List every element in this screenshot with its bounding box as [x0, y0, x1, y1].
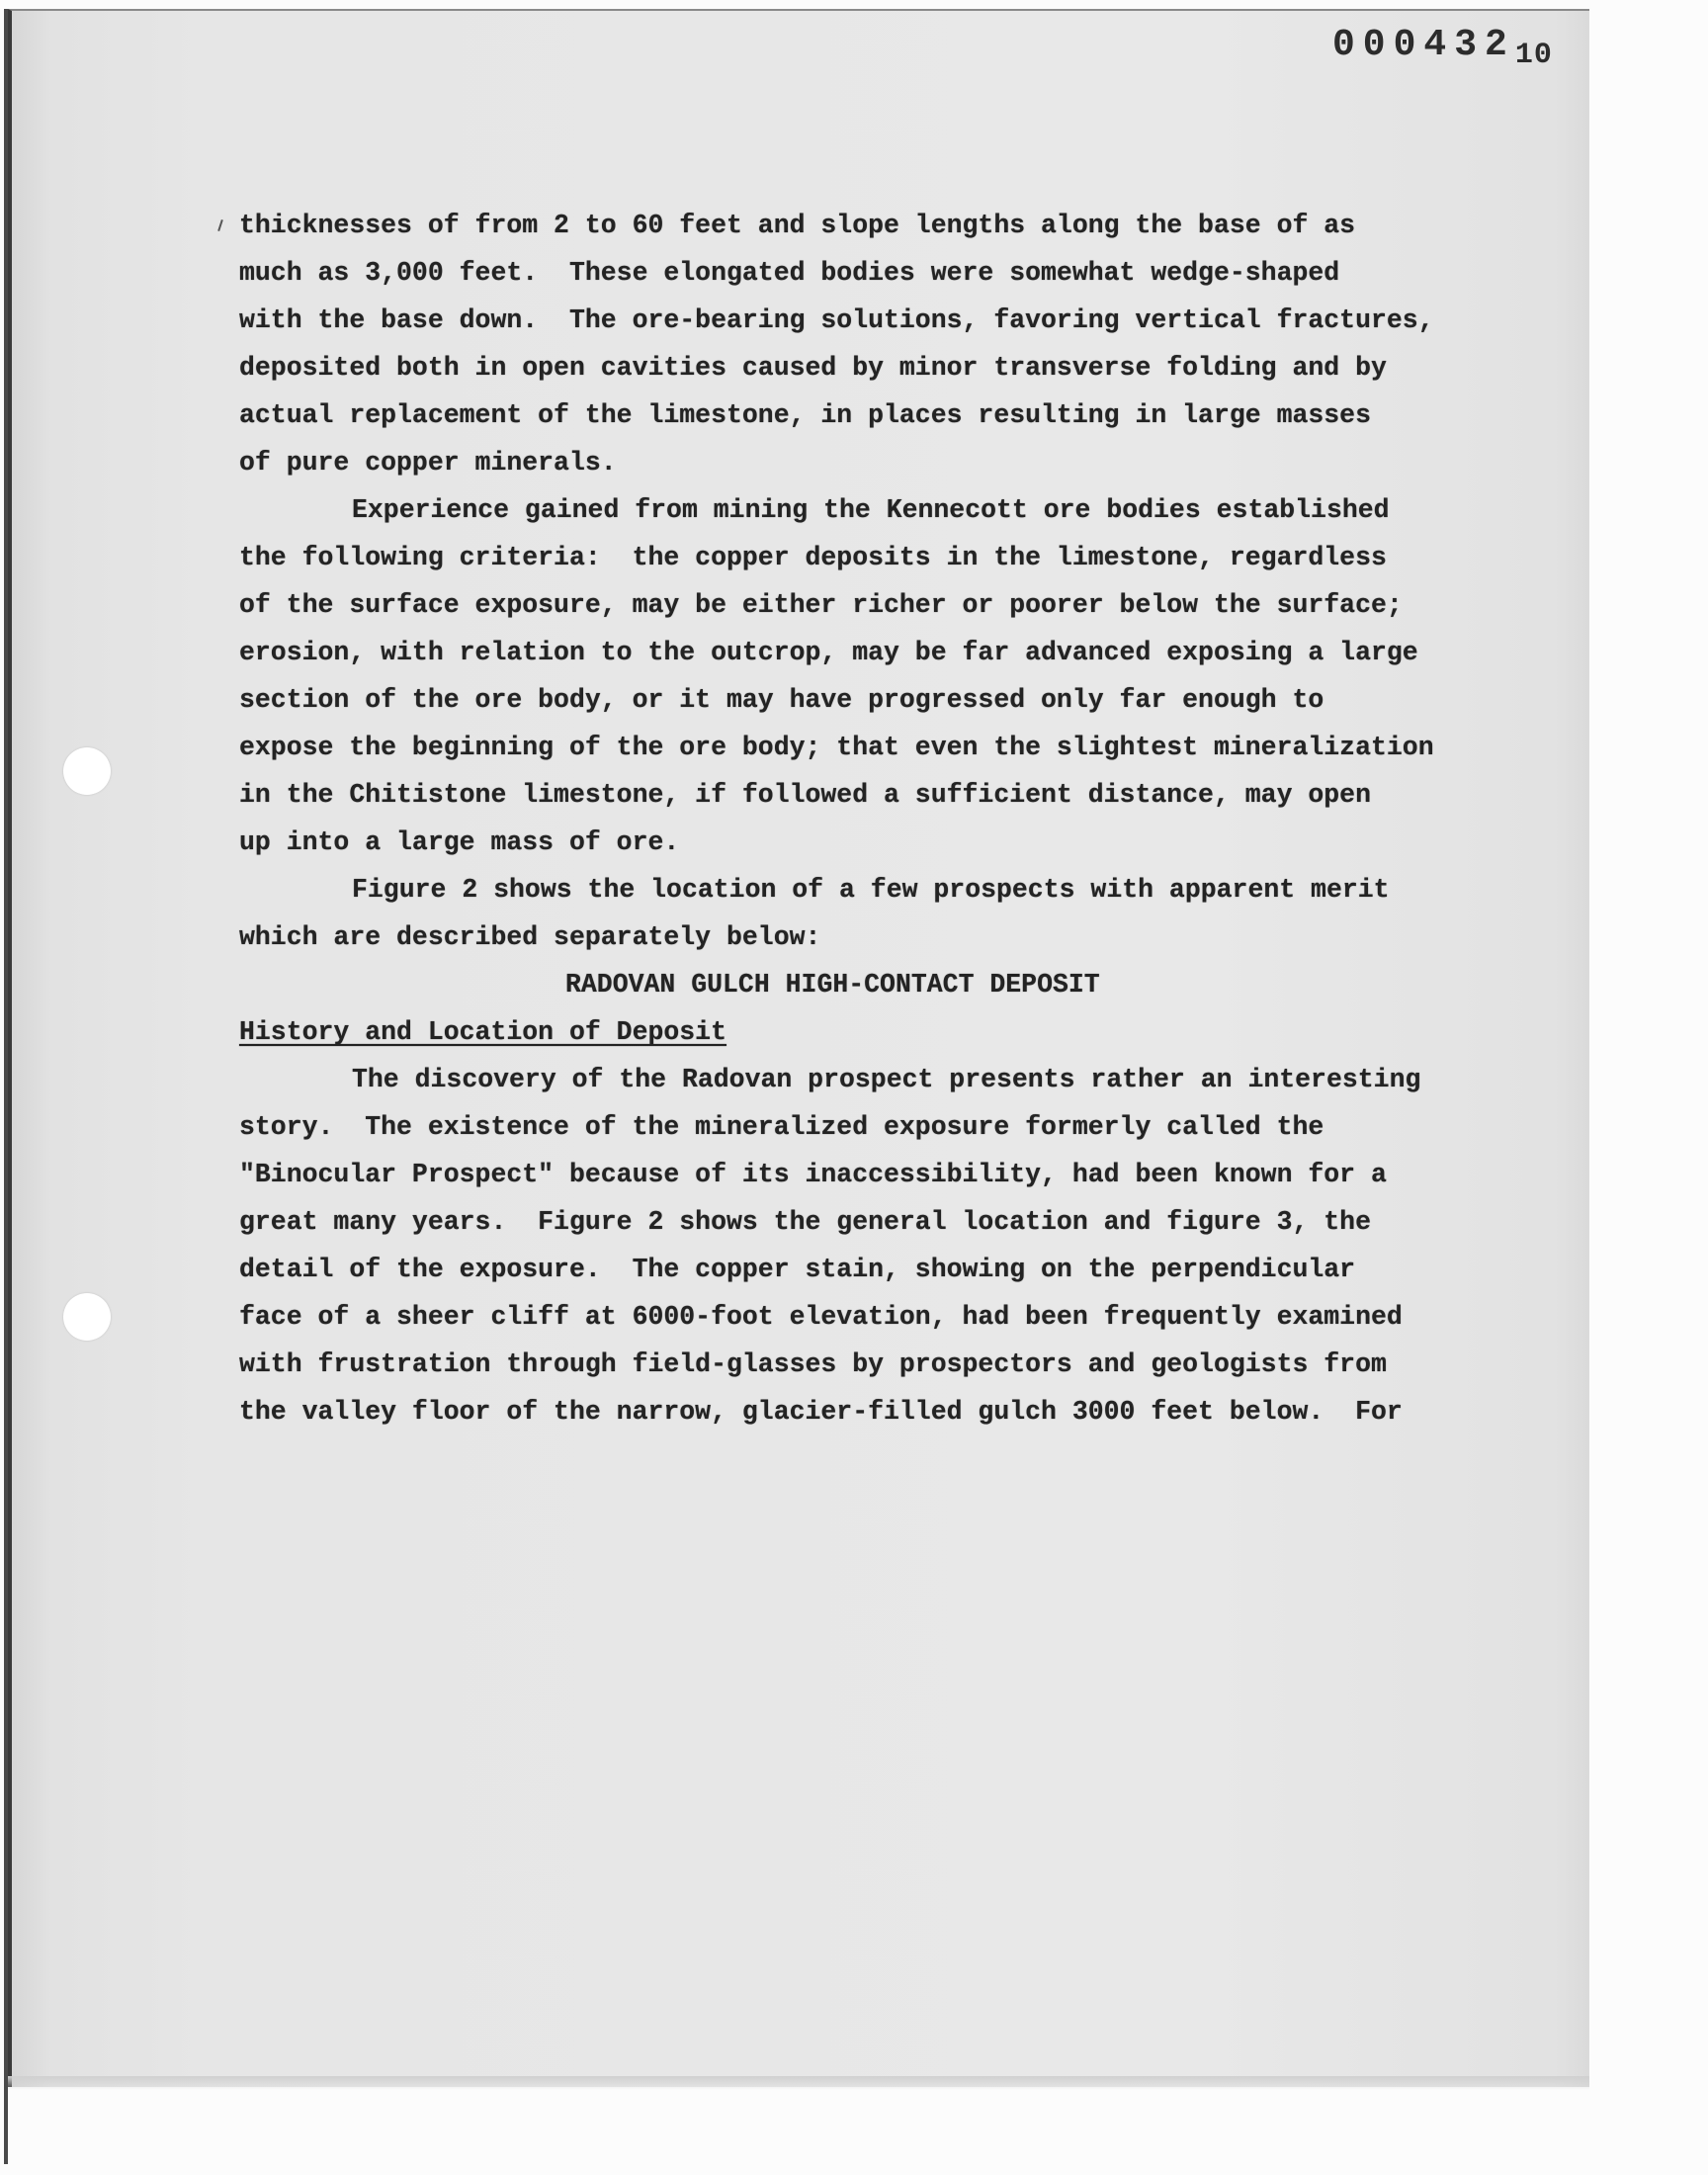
text-line: the following criteria: the copper depos… — [239, 538, 1387, 577]
text-line: in the Chitistone limestone, if followed… — [239, 775, 1371, 815]
text-line: actual replacement of the limestone, in … — [239, 395, 1371, 435]
text-line: which are described separately below: — [239, 917, 820, 957]
punch-hole-icon — [63, 747, 111, 795]
punch-hole-icon — [63, 1293, 111, 1341]
text-line: Experience gained from mining the Kennec… — [352, 490, 1390, 530]
text-line: Figure 2 shows the location of a few pro… — [352, 870, 1390, 910]
text-line: story. The existence of the mineralized … — [239, 1107, 1324, 1147]
text-line: detail of the exposure. The copper stain… — [239, 1250, 1355, 1289]
paper-bottom-edge — [8, 2076, 1589, 2090]
text-line: deposited both in open cavities caused b… — [239, 348, 1387, 388]
text-line: with frustration through field-glasses b… — [239, 1345, 1387, 1384]
text-line: much as 3,000 feet. These elongated bodi… — [239, 253, 1339, 293]
text-line: expose the beginning of the ore body; th… — [239, 728, 1434, 767]
text-line: thicknesses of from 2 to 60 feet and slo… — [239, 206, 1355, 245]
text-line: of the surface exposure, may be either r… — [239, 585, 1403, 625]
page-stamp-suffix: 10 — [1515, 39, 1553, 72]
page-stamp-main: 000432 — [1332, 24, 1515, 66]
text-line: face of a sheer cliff at 6000-foot eleva… — [239, 1297, 1403, 1337]
text-line: with the base down. The ore-bearing solu… — [239, 301, 1434, 340]
text-line: erosion, with relation to the outcrop, m… — [239, 633, 1418, 672]
page-stamp-number: 00043210 — [1332, 24, 1553, 66]
text-line: section of the ore body, or it may have … — [239, 680, 1324, 720]
text-line: "Binocular Prospect" because of its inac… — [239, 1155, 1387, 1194]
text-line: the valley floor of the narrow, glacier-… — [239, 1392, 1403, 1432]
text-line: up into a large mass of ore. — [239, 823, 679, 862]
text-line: The discovery of the Radovan prospect pr… — [352, 1060, 1420, 1099]
scanned-page: 00043210 thicknesses of from 2 to 60 fee… — [0, 0, 1708, 2175]
text-line: great many years. Figure 2 shows the gen… — [239, 1202, 1371, 1242]
text-line: of pure copper minerals. — [239, 443, 617, 482]
section-heading: RADOVAN GULCH HIGH-CONTACT DEPOSIT — [565, 965, 1100, 1004]
subsection-heading: History and Location of Deposit — [239, 1012, 726, 1052]
